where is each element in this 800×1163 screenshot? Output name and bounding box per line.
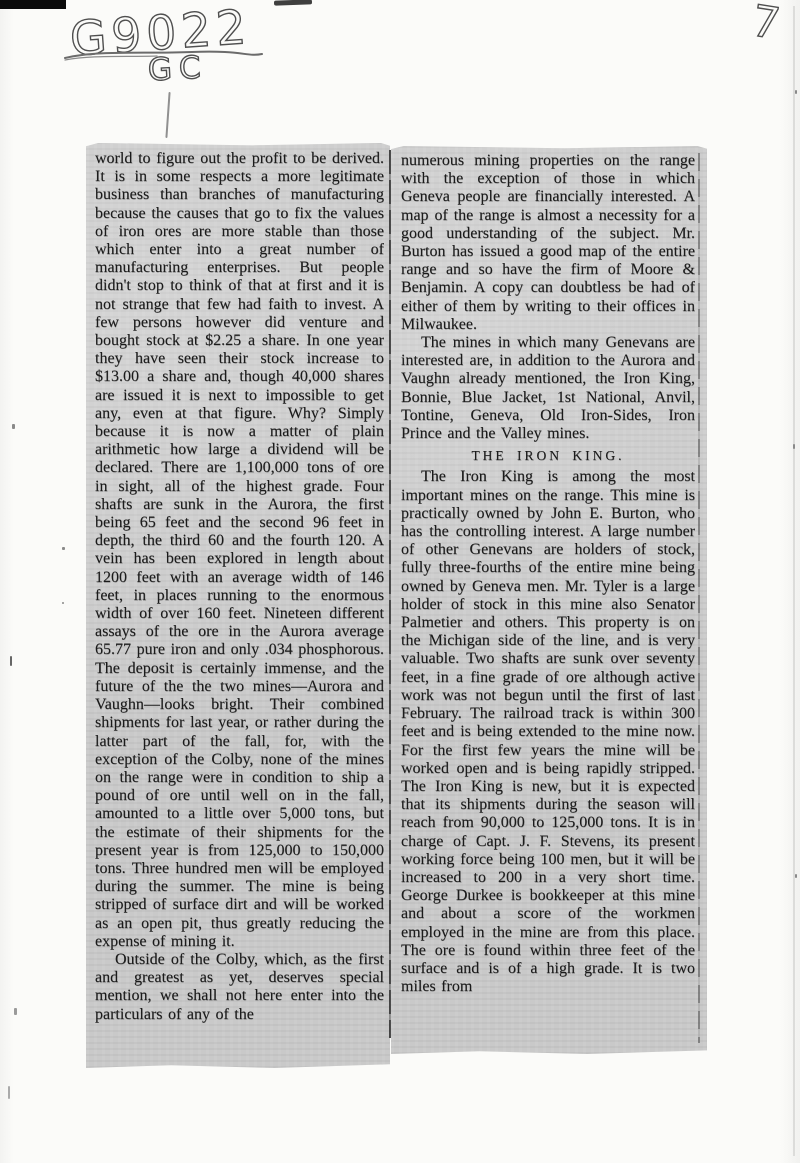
handwritten-pen-stroke [165,92,170,138]
scan-speck [62,602,64,604]
scanned-newspaper-page: { "colors": { "paper": "#fbfbf9", "clipp… [0,0,800,1163]
scan-artifact-dash [274,0,312,6]
clipping-column-2: numerous mining properties on the range … [401,152,695,1050]
scan-speck [14,1008,17,1015]
scan-speck [793,444,795,449]
scan-speck [8,1086,10,1099]
clipping-paragraph: Outside of the Colby, which, as the firs… [95,951,384,1024]
scan-speck [62,547,65,550]
clipping-paragraph: The Iron King is among the most importan… [401,468,695,996]
handwritten-initials: GC [147,52,208,86]
scan-speck [10,656,12,666]
clipping-paragraph: world to figure out the profit to be der… [95,150,384,951]
section-heading: THE IRON KING. [401,447,695,465]
column-divider-rule [389,150,391,1038]
paper-edge-line [793,6,795,1156]
scan-speck [12,424,15,429]
scan-speck [795,90,797,94]
clipping-edge-rule [698,153,700,1043]
handwritten-page-number: 7 [749,0,783,47]
clipping-paragraph: The mines in which many Genevans are int… [401,334,695,443]
clipping-paragraph: numerous mining properties on the range … [401,152,695,334]
clipping-column-1: world to figure out the profit to be der… [95,150,384,1062]
scan-artifact-bar [0,0,66,9]
scan-speck [795,874,797,878]
